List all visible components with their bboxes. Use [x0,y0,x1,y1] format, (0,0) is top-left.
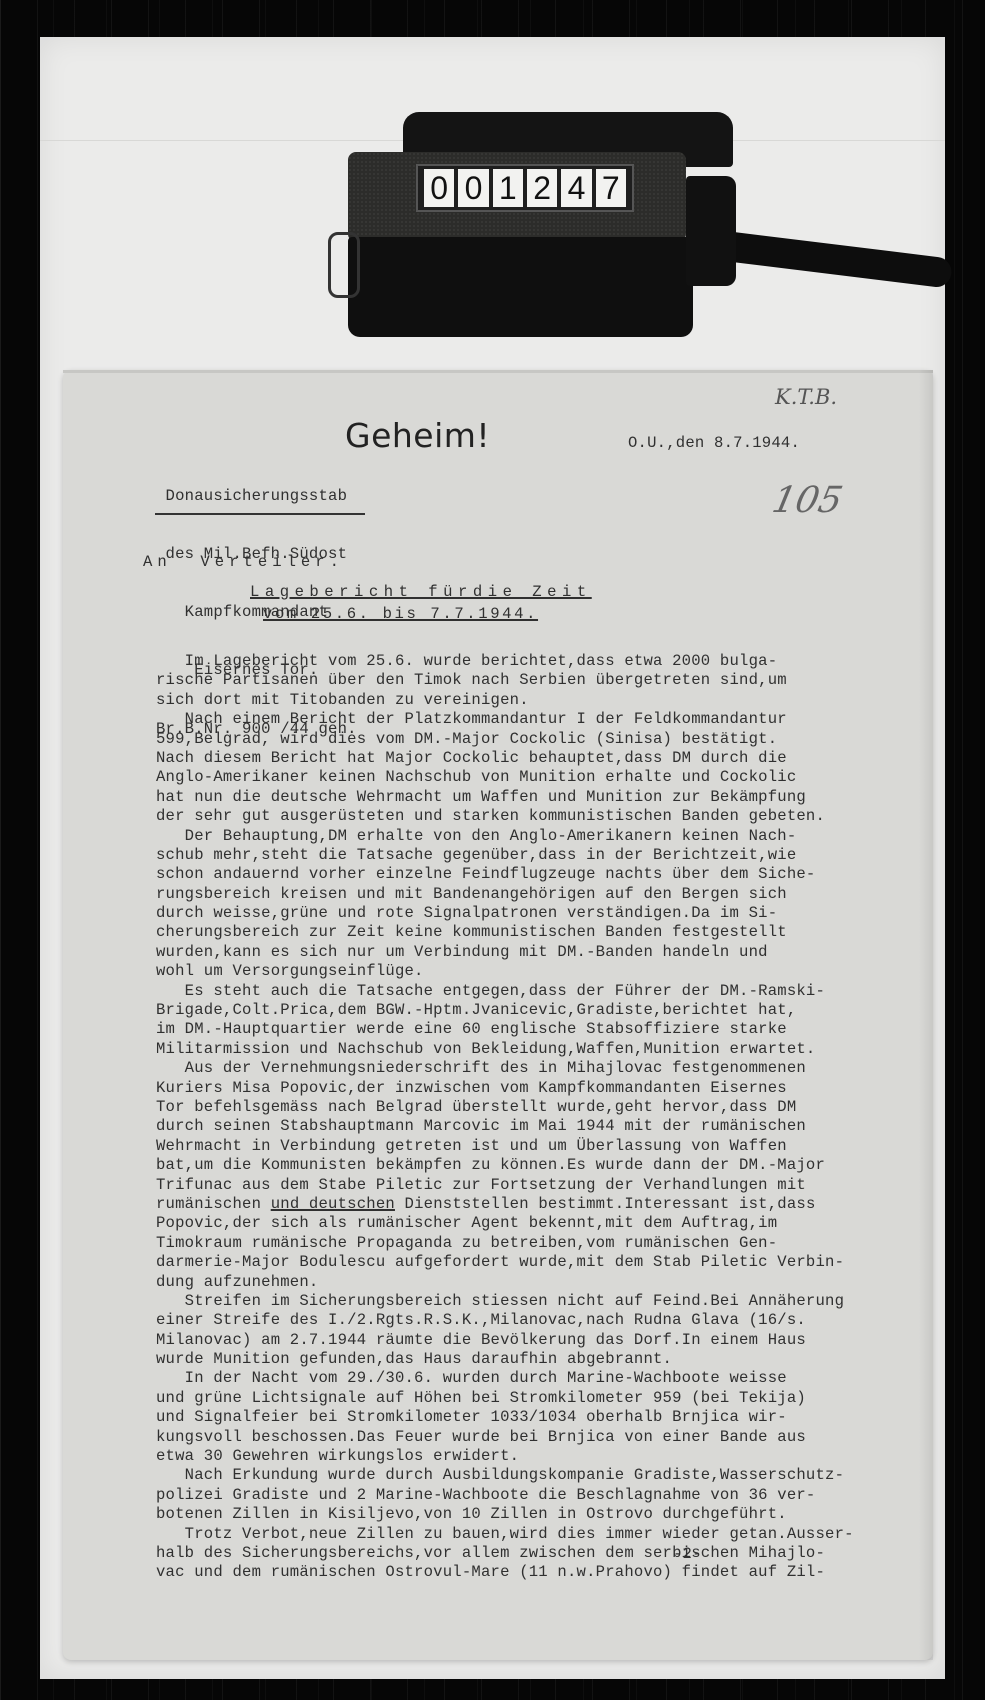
counter-digit: 2 [527,169,557,207]
handwritten-annotation: K.T.B. [775,385,837,409]
body-line: Trotz Verbot,neue Zillen zu bauen,wird d… [156,1525,854,1544]
body-line: botenen Zillen in Kisiljevo,von 10 Zille… [156,1505,854,1524]
sender-line: Donausicherungsstab [156,487,357,506]
classification-stamp: Geheim! [345,416,490,455]
body-line: Trifunac aus dem Stabe Piletic zur Forts… [156,1176,854,1195]
body-line: Militarmission und Nachschub von Bekleid… [156,1040,854,1059]
body-line: durch weisse,grüne und rote Signalpatron… [156,904,854,923]
body-line: polizei Gradiste und 2 Marine-Wachboote … [156,1486,854,1505]
body-line: darmerie-Major Bodulescu aufgefordert wu… [156,1253,854,1272]
counter-digit: 0 [424,169,454,207]
body-line: wohl um Versorgungseinflüge. [156,962,854,981]
counter-housing-base [348,237,693,337]
body-line: kungsvoll beschossen.Das Feuer wurde bei… [156,1428,854,1447]
document-page: K.T.B. Geheim! 105 Donausicherungsstab d… [63,370,933,1660]
counter-clip [328,232,360,298]
body-line: hat nun die deutsche Wehrmacht um Waffen… [156,788,854,807]
counter-reset-knob [686,176,736,286]
body-line: Nach diesem Bericht hat Major Cockolic b… [156,749,854,768]
body-line: und Signalfeier bei Stromkilometer 1033/… [156,1408,854,1427]
body-line: bat,um die Kommunisten bekämpfen zu könn… [156,1156,854,1175]
body-line: cherungsbereich zur Zeit keine kommunist… [156,923,854,942]
body-line: 599,Belgrad, wird dies vom DM.-Major Coc… [156,730,854,749]
body-line: Timokraum rumänische Propaganda zu betre… [156,1234,854,1253]
body-line: dung aufzunehmen. [156,1273,854,1292]
body-line: wurden,kann es sich nur um Verbindung mi… [156,943,854,962]
body-line: Nach einem Bericht der Platzkommandantur… [156,710,854,729]
body-line: etwa 30 Gewehren wirkungslos erwidert. [156,1447,854,1466]
counter-digit-window: 0 0 1 2 4 7 [416,164,634,212]
body-line: vac und dem rumänischen Ostrovul-Mare (1… [156,1563,854,1582]
recipient-line: An Verteiler. [143,553,344,572]
body-line: wurde Munition gefunden,das Haus daraufh… [156,1350,854,1369]
body-line: schub mehr,steht die Tatsache gegenüber,… [156,846,854,865]
body-line: Nach Erkundung wurde durch Ausbildungsko… [156,1466,854,1485]
counter-digit: 4 [561,169,591,207]
body-line: schon andauernd vorher einzelne Feindflu… [156,865,854,884]
underlined-phrase: und deutschen [271,1195,395,1213]
body-line: halb des Sicherungsbereichs,vor allem zw… [156,1544,854,1563]
handwritten-folio-number: 105 [769,480,846,521]
body-line: Kuriers Misa Popovic,der inzwischen vom … [156,1079,854,1098]
page-number: -2- [673,1545,702,1564]
body-line: Streifen im Sicherungsbereich stiessen n… [156,1292,854,1311]
body-line: Tor befehlsgemäss nach Belgrad überstell… [156,1098,854,1117]
body-line: einer Streife des I./2.Rgts.R.S.K.,Milan… [156,1311,854,1330]
body-line: Popovic,der sich als rumänischer Agent b… [156,1214,854,1233]
report-title-line-1: Lagebericht fürdie Zeit [250,583,592,602]
body-line: Milanovac) am 2.7.1944 räumte die Bevölk… [156,1331,854,1350]
body-line: Der Behauptung,DM erhalte von den Anglo-… [156,827,854,846]
body-line: rungsbereich kreisen und mit Bandenangeh… [156,885,854,904]
body-line: durch seinen Stabshauptmann Marcovic im … [156,1117,854,1136]
counter-digit: 7 [596,169,626,207]
place-date: O.U.,den 8.7.1944. [628,434,800,453]
body-line: der sehr gut ausgerüsteten und starken k… [156,807,854,826]
body-line: Anglo-Amerikaner keinen Nachschub von Mu… [156,768,854,787]
body-line: In der Nacht vom 29./30.6. wurden durch … [156,1369,854,1388]
body-line: Aus der Vernehmungsniederschrift des in … [156,1059,854,1078]
counter-digit: 0 [458,169,488,207]
body-line: rische Partisanen über den Timok nach Se… [156,671,854,690]
body-line: Brigade,Colt.Prica,dem BGW.-Hptm.Jvanice… [156,1001,854,1020]
frame-counter-device: 0 0 1 2 4 7 [348,112,738,334]
body-line: Im Lagebericht vom 25.6. wurde berichtet… [156,652,854,671]
body-line: Es steht auch die Tatsache entgegen,dass… [156,982,854,1001]
sender-divider [155,513,365,515]
report-body: Im Lagebericht vom 25.6. wurde berichtet… [156,652,854,1583]
body-line: rumänischen und deutschen Dienststellen … [156,1195,854,1214]
report-title-line-2: vom 25.6. bis 7.7.1944. [263,605,538,624]
body-line: sich dort mit Titobanden zu vereinigen. [156,691,854,710]
page-edge-shadow [919,370,933,1660]
body-line: und grüne Lichtsignale auf Höhen bei Str… [156,1389,854,1408]
counter-digit: 1 [493,169,523,207]
body-line: Wehrmacht in Verbindung getreten ist und… [156,1137,854,1156]
body-line: im DM.-Hauptquartier werde eine 60 engli… [156,1020,854,1039]
